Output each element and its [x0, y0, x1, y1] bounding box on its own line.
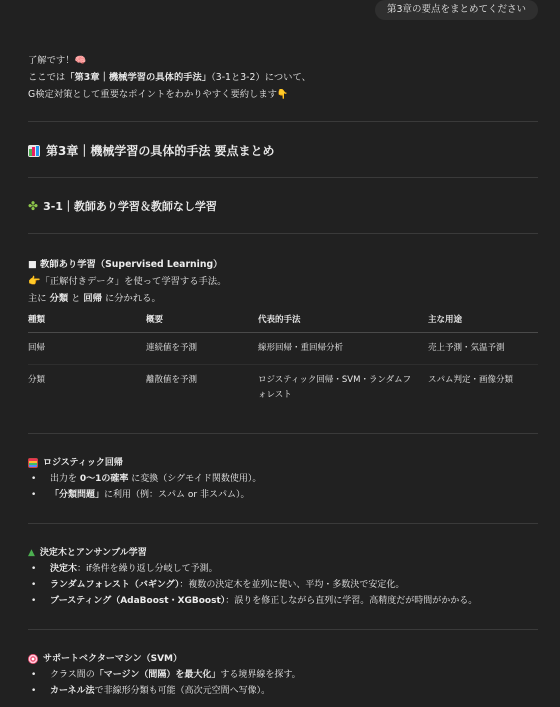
bold-text: 「分類問題」 — [50, 490, 104, 500]
section-title-text: サポートベクターマシン（SVM） — [43, 652, 182, 667]
list-item: カーネル法で非線形分類も可能（高次元空間へ写像）。 — [28, 683, 538, 699]
text: に変換（シグモイド関数使用）。 — [128, 474, 261, 484]
chat-container: 第3章の要点をまとめてください 了解です！🧠 ここでは「第3章｜機械学習の具体的… — [0, 0, 560, 707]
section-title: サポートベクターマシン（SVM） — [28, 652, 538, 667]
bold-text: ブースティング（AdaBoost・XGBoost） — [50, 596, 225, 606]
supervised-learning-section: ■ 教師あり学習（Supervised Learning） 👉「正解付きデータ」… — [28, 234, 538, 411]
bullet-list: 出力を 0〜1の確率 に変換（シグモイド関数使用）。 「分類問題」に利用（例：ス… — [28, 471, 538, 503]
page-title-text: 第3章｜機械学習の具体的手法 要点まとめ — [46, 142, 275, 161]
target-icon — [28, 654, 38, 664]
bold-text: 「マージン（間隔）を最大化」 — [95, 670, 221, 680]
table-header-row: 種類 概要 代表的手法 主な用途 — [28, 311, 538, 333]
section-title-text: ロジスティック回帰 — [43, 456, 123, 471]
bold-text: 0〜1の確率 — [80, 474, 129, 484]
table-cell: 線形回帰・重回帰分析 — [258, 332, 428, 364]
text: 出力を — [50, 474, 80, 484]
list-item: クラス間の「マージン（間隔）を最大化」する境界線を探す。 — [28, 667, 538, 683]
table-cell: 分類 — [28, 364, 146, 411]
table-cell: 離散値を予測 — [146, 364, 258, 411]
supervised-split: 主に 分類 と 回帰 に分かれる。 — [28, 290, 538, 307]
section-heading-3-1: ✤ 3-1｜教師あり学習＆教師なし学習 — [28, 178, 538, 233]
list-item: 「分類問題」に利用（例：スパム or 非スパム）。 — [28, 487, 538, 503]
intro-text: （3-1と3-2）について、 — [211, 72, 311, 83]
user-message-bubble: 第3章の要点をまとめてください — [375, 0, 538, 20]
supervised-table: 種類 概要 代表的手法 主な用途 回帰 連続値を予測 線形回帰・重回帰分析 売上… — [28, 311, 538, 411]
table-header: 代表的手法 — [258, 311, 428, 333]
intro: 了解です！🧠 ここでは「第3章｜機械学習の具体的手法」（3-1と3-2）について… — [28, 52, 538, 103]
table-cell: 連続値を予測 — [146, 332, 258, 364]
table-row: 分類 離散値を予測 ロジスティック回帰・SVM・ランダムフォレスト スパム判定・… — [28, 364, 538, 411]
list-item: ランダムフォレスト（バギング）：複数の決定木を並列に使い、平均・多数決で安定化。 — [28, 577, 538, 593]
bold-text: ランダムフォレスト（バギング） — [50, 580, 179, 590]
logistic-regression-section: ロジスティック回帰 出力を 0〜1の確率 に変換（シグモイド関数使用）。 「分類… — [28, 434, 538, 503]
bold-text: 回帰 — [83, 293, 102, 304]
text: ：誤りを修正しながら直列に学習。高精度だが時間がかかる。 — [225, 596, 477, 606]
text: に分かれる。 — [102, 293, 161, 304]
text: に利用（例：スパム or 非スパム）。 — [104, 490, 249, 500]
table-header: 概要 — [146, 311, 258, 333]
svm-section: サポートベクターマシン（SVM） クラス間の「マージン（間隔）を最大化」する境界… — [28, 630, 538, 699]
intro-bold: 「第3章｜機械学習の具体的手法」 — [65, 72, 211, 83]
supervised-desc: 👉「正解付きデータ」を使って学習する手法。 — [28, 273, 538, 290]
bar-chart-icon — [28, 145, 40, 157]
table-header: 主な用途 — [428, 311, 538, 333]
evergreen-tree-icon: ▲ — [28, 546, 35, 561]
bullet-list: 決定木：if条件を繰り返し分岐して予測。 ランダムフォレスト（バギング）：複数の… — [28, 561, 538, 609]
table-header: 種類 — [28, 311, 146, 333]
section-title: ロジスティック回帰 — [28, 456, 538, 471]
decision-tree-section: ▲ 決定木とアンサンブル学習 決定木：if条件を繰り返し分岐して予測。 ランダム… — [28, 524, 538, 609]
intro-line-2: ここでは「第3章｜機械学習の具体的手法」（3-1と3-2）について、 — [28, 69, 538, 86]
user-message-row: 第3章の要点をまとめてください — [28, 0, 538, 22]
list-item: 出力を 0〜1の確率 に変換（シグモイド関数使用）。 — [28, 471, 538, 487]
supervised-title: ■ 教師あり学習（Supervised Learning） — [28, 256, 538, 273]
bold-text: 分類 — [50, 293, 69, 304]
section-title: ▲ 決定木とアンサンブル学習 — [28, 546, 538, 561]
table-row: 回帰 連続値を予測 線形回帰・重回帰分析 売上予測・気温予測 — [28, 332, 538, 364]
bold-text: カーネル法 — [50, 686, 95, 696]
table-cell: 売上予測・気温予測 — [428, 332, 538, 364]
list-item: ブースティング（AdaBoost・XGBoost）：誤りを修正しながら直列に学習… — [28, 593, 538, 609]
text: クラス間の — [50, 670, 95, 680]
pointing-hand-icon: 👉 — [28, 276, 40, 287]
intro-line-3: G検定対策として重要なポイントをわかりやすく要約します👇 — [28, 86, 538, 103]
text: ：if条件を繰り返し分岐して予測。 — [77, 564, 218, 574]
supervised-desc-text: 「正解付きデータ」を使って学習する手法。 — [40, 276, 226, 287]
section-heading-text: 3-1｜教師あり学習＆教師なし学習 — [43, 198, 217, 215]
intro-line-1: 了解です！🧠 — [28, 52, 538, 69]
text: と — [68, 293, 83, 304]
table-cell: スパム判定・画像分類 — [428, 364, 538, 411]
assistant-message: 了解です！🧠 ここでは「第3章｜機械学習の具体的手法」（3-1と3-2）について… — [28, 22, 538, 699]
page-title: 第3章｜機械学習の具体的手法 要点まとめ — [28, 122, 538, 177]
bold-text: 決定木 — [50, 564, 77, 574]
list-item: 決定木：if条件を繰り返し分岐して予測。 — [28, 561, 538, 577]
table-cell: ロジスティック回帰・SVM・ランダムフォレスト — [258, 364, 428, 411]
table-cell: 回帰 — [28, 332, 146, 364]
text: で非線形分類も可能（高次元空間へ写像）。 — [95, 686, 271, 696]
section-title-text: 決定木とアンサンブル学習 — [40, 546, 147, 561]
text: ：複数の決定木を並列に使い、平均・多数決で安定化。 — [179, 580, 404, 590]
puzzle-icon: ✤ — [28, 200, 38, 212]
bullet-list: クラス間の「マージン（間隔）を最大化」する境界線を探す。 カーネル法で非線形分類… — [28, 667, 538, 699]
abacus-icon — [28, 458, 38, 468]
text: する境界線を探す。 — [220, 670, 300, 680]
intro-text: ここでは — [28, 72, 65, 83]
text: 主に — [28, 293, 50, 304]
